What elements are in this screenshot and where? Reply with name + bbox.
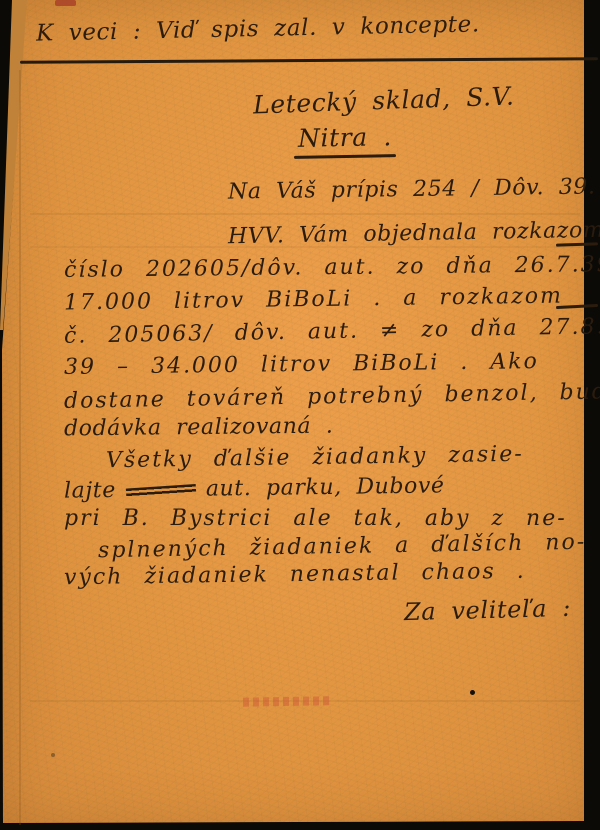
bleed-through-line bbox=[30, 213, 580, 215]
struck-out-word bbox=[126, 483, 196, 497]
ink-dot bbox=[470, 690, 475, 695]
strike-line-prefix: lajte bbox=[64, 478, 116, 504]
faded-red-stamp-trace bbox=[243, 696, 329, 706]
ink-speck bbox=[51, 753, 55, 757]
recipient-line-2: Nitra . bbox=[298, 122, 392, 153]
body-line: Na Váš prípis 254 / Dôv. 39. bbox=[228, 174, 596, 204]
red-ink-mark bbox=[55, 0, 76, 6]
body-line: dodávka realizovaná . bbox=[64, 414, 334, 442]
paper-crease bbox=[19, 70, 21, 825]
body-line: pri B. Bystrici ale tak, aby z ne- bbox=[64, 506, 567, 531]
closing-line: Za veliteľa : bbox=[404, 594, 572, 626]
document-scan: K veci : Viď spis zal. v koncepte. Letec… bbox=[0, 0, 600, 830]
body-line-with-strike: lajteaut. parku, Dubové bbox=[64, 473, 445, 503]
strike-line-suffix: aut. parku, Dubové bbox=[206, 473, 445, 501]
